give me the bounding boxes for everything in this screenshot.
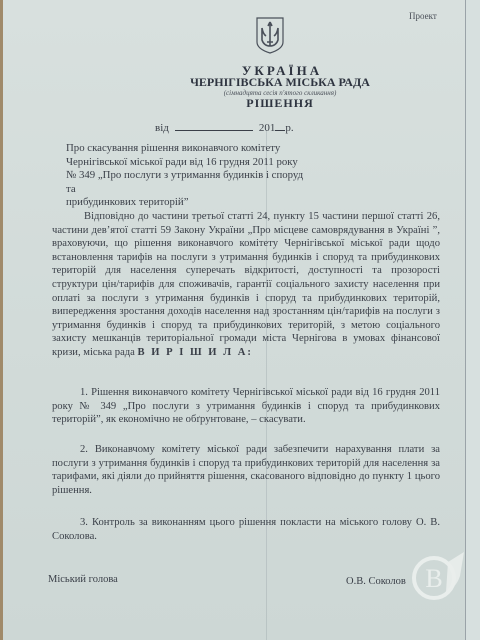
date-prefix: від — [155, 122, 169, 134]
year-blank — [275, 121, 285, 131]
resolution-item-2: 2. Виконавчому комітету міської ради заб… — [52, 443, 440, 497]
date-year: 201 — [259, 122, 276, 134]
signature-name: О.В. Соколов — [346, 576, 406, 587]
resolved-word: В И Р І Ш И Л А: — [138, 347, 253, 358]
date-line: від201р. — [155, 121, 294, 134]
publisher-watermark-icon: В — [410, 548, 466, 604]
subject-line: прибудинкових територій” — [66, 196, 306, 210]
subject-line: Про скасування рішення виконавчого коміт… — [66, 142, 306, 156]
resolution-item-1: 1. Рішення виконавчого комітету Чернігів… — [52, 386, 440, 427]
draft-label: Проект — [409, 11, 437, 21]
decision-subject: Про скасування рішення виконавчого коміт… — [66, 142, 306, 210]
intro-paragraph: Відповідно до частини третьої статті 24,… — [52, 210, 440, 360]
council-heading: ЧЕРНІГІВСЬКА МІСЬКА РАДА — [40, 75, 480, 90]
date-blank — [175, 121, 253, 131]
resolution-item-3: 3. Контроль за виконанням цього рішення … — [52, 516, 440, 543]
decision-title: РІШЕННЯ — [40, 96, 480, 111]
subject-line: № 349 „Про послуги з утримання будинків … — [66, 169, 306, 196]
trident-coat-of-arms-icon — [255, 16, 285, 54]
watermark-letter: В — [425, 564, 442, 593]
signature-title: Міський голова — [48, 574, 118, 585]
intro-text: Відповідно до частини третьої статті 24,… — [52, 211, 440, 358]
date-suffix: р. — [285, 122, 293, 134]
subject-line: Чернігівської міської ради від 16 грудня… — [66, 156, 306, 170]
